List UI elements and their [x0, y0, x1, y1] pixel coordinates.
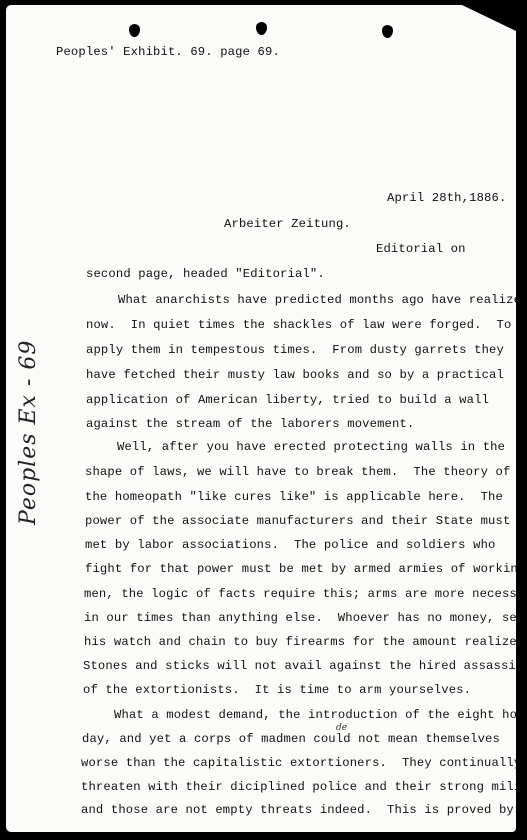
section-line-1: Editorial on — [376, 242, 466, 256]
body-line: fight for that power must be met by arme… — [85, 562, 525, 576]
body-line: day, and yet a corps of madmen could not… — [82, 732, 500, 746]
body-line: Well, after you have erected protecting … — [117, 440, 505, 454]
body-line: against the stream of the laborers movem… — [86, 417, 414, 431]
body-line: What anarchists have predicted months ag… — [118, 293, 527, 307]
publication-title: Arbeiter Zeitung. — [224, 217, 351, 231]
body-line: met by labor associations. The police an… — [85, 538, 496, 552]
margin-handwritten-annotation: Peoples Ex - 69 — [16, 340, 41, 525]
body-line: the homeopath "like cures like" is appli… — [85, 490, 503, 504]
handwritten-insertion-mark: de — [336, 723, 347, 733]
body-line: Stones and sticks will not avail against… — [83, 659, 527, 673]
section-line-2: second page, headed "Editorial". — [86, 267, 325, 281]
body-line: worse than the capitalistic extortioners… — [81, 756, 521, 770]
body-line: power of the associate manufacturers and… — [85, 514, 527, 528]
punch-hole-center — [256, 22, 267, 35]
body-line: shape of laws, we will have to break the… — [85, 465, 510, 479]
body-line: have fetched their musty law books and s… — [86, 368, 504, 382]
body-line: application of American liberty, tried t… — [86, 393, 489, 407]
body-line: his watch and chain to buy firearms for … — [84, 635, 527, 649]
punch-hole-right — [382, 25, 393, 38]
body-line: now. In quiet times the shackles of law … — [86, 318, 511, 332]
exhibit-header: Peoples' Exhibit. 69. page 69. — [56, 45, 280, 59]
body-line: of the extortionists. It is time to arm … — [83, 683, 471, 697]
punch-hole-left — [129, 24, 140, 37]
body-line: in our times than anything else. Whoever… — [84, 611, 527, 625]
document-date: April 28th,1886. — [387, 191, 506, 205]
body-line: apply them in tempestous times. From dus… — [86, 343, 504, 357]
body-line: What a modest demand, the introduction o… — [114, 708, 527, 722]
document-page: Peoples' Exhibit. 69. page 69. April 28t… — [6, 5, 516, 832]
body-line: men, the logic of facts require this; ar… — [84, 587, 527, 601]
body-line: and those are not empty threats indeed. … — [81, 803, 514, 817]
body-line: threaten with their diciplined police an… — [81, 780, 527, 794]
